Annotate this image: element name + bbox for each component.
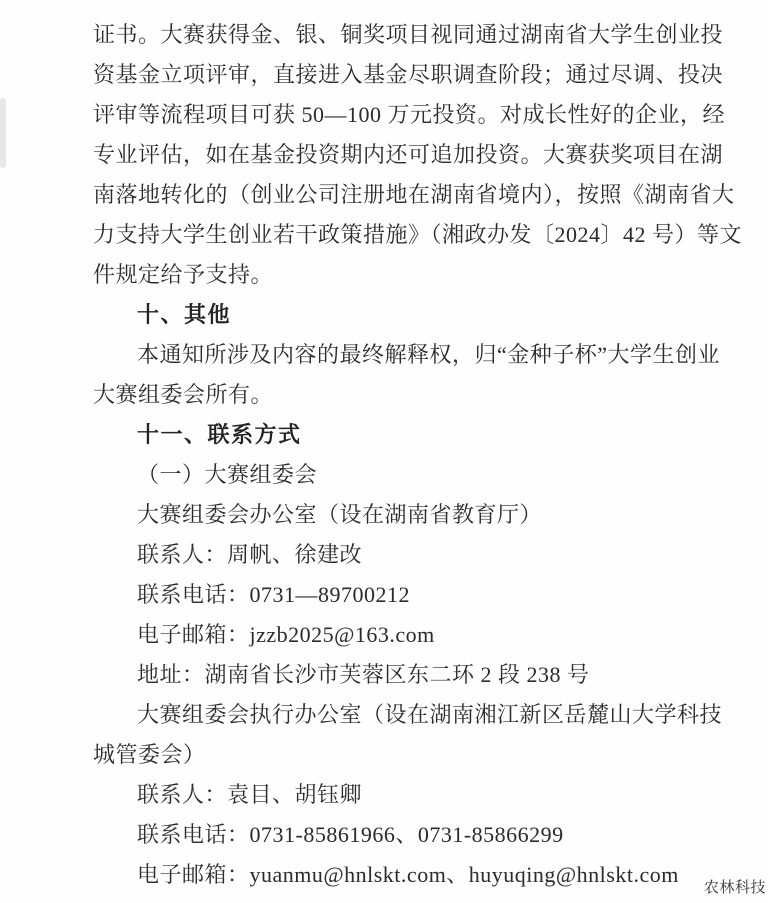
heading-section-eleven-contact: 十一、联系方式	[93, 415, 732, 455]
committee-office-line: 大赛组委会办公室（设在湖南省教育厅）	[93, 495, 732, 535]
para-award-investment-line-1: 证书。大赛获得金、银、铜奖项目视同通过湖南省大学生创业投	[93, 15, 732, 55]
contact-email-line-2: 电子邮箱：yuanmu@hnlskt.com、huyuqing@hnlskt.c…	[93, 855, 732, 895]
executive-office-line-2: 城管委会）	[93, 735, 732, 775]
para-interpretation-line-1: 本通知所涉及内容的最终解释权，归“金种子杯”大学生创业	[93, 335, 732, 375]
heading-section-ten-other: 十、其他	[93, 295, 732, 335]
document-body: 证书。大赛获得金、银、铜奖项目视同通过湖南省大学生创业投 资基金立项评审，直接进…	[0, 0, 768, 895]
contact-phone-line-2: 联系电话：0731-85861966、0731-85866299	[93, 815, 732, 855]
executive-office-line-1: 大赛组委会执行办公室（设在湖南湘江新区岳麓山大学科技	[93, 695, 732, 735]
para-award-investment-line-4: 专业评估，如在基金投资期内还可追加投资。大赛获奖项目在湖	[93, 135, 732, 175]
para-interpretation-line-2: 大赛组委会所有。	[93, 375, 732, 415]
contact-person-line-2: 联系人：袁目、胡钰卿	[93, 775, 732, 815]
contact-address-line: 地址：湖南省长沙市芙蓉区东二环 2 段 238 号	[93, 655, 732, 695]
scan-edge-artifact	[0, 98, 6, 168]
para-award-investment-line-6: 力支持大学生创业若干政策措施》（湘政办发〔2024〕42 号）等文	[93, 215, 732, 255]
para-award-investment-line-7: 件规定给予支持。	[93, 255, 732, 295]
scanned-document-page: 证书。大赛获得金、银、铜奖项目视同通过湖南省大学生创业投 资基金立项评审，直接进…	[0, 0, 768, 903]
contact-phone-line-1: 联系电话：0731—89700212	[93, 575, 732, 615]
para-award-investment-line-5: 南落地转化的（创业公司注册地在湖南省境内），按照《湖南省大	[93, 175, 732, 215]
watermark-label: 农林科技	[704, 876, 766, 897]
contact-email-line-1: 电子邮箱：jzzb2025@163.com	[93, 615, 732, 655]
contact-person-line-1: 联系人：周帆、徐建改	[93, 535, 732, 575]
para-award-investment-line-2: 资基金立项评审，直接进入基金尽职调查阶段；通过尽调、投决	[93, 55, 732, 95]
subheading-organizing-committee: （一）大赛组委会	[93, 455, 732, 495]
para-award-investment-line-3: 评审等流程项目可获 50—100 万元投资。对成长性好的企业，经	[93, 95, 732, 135]
